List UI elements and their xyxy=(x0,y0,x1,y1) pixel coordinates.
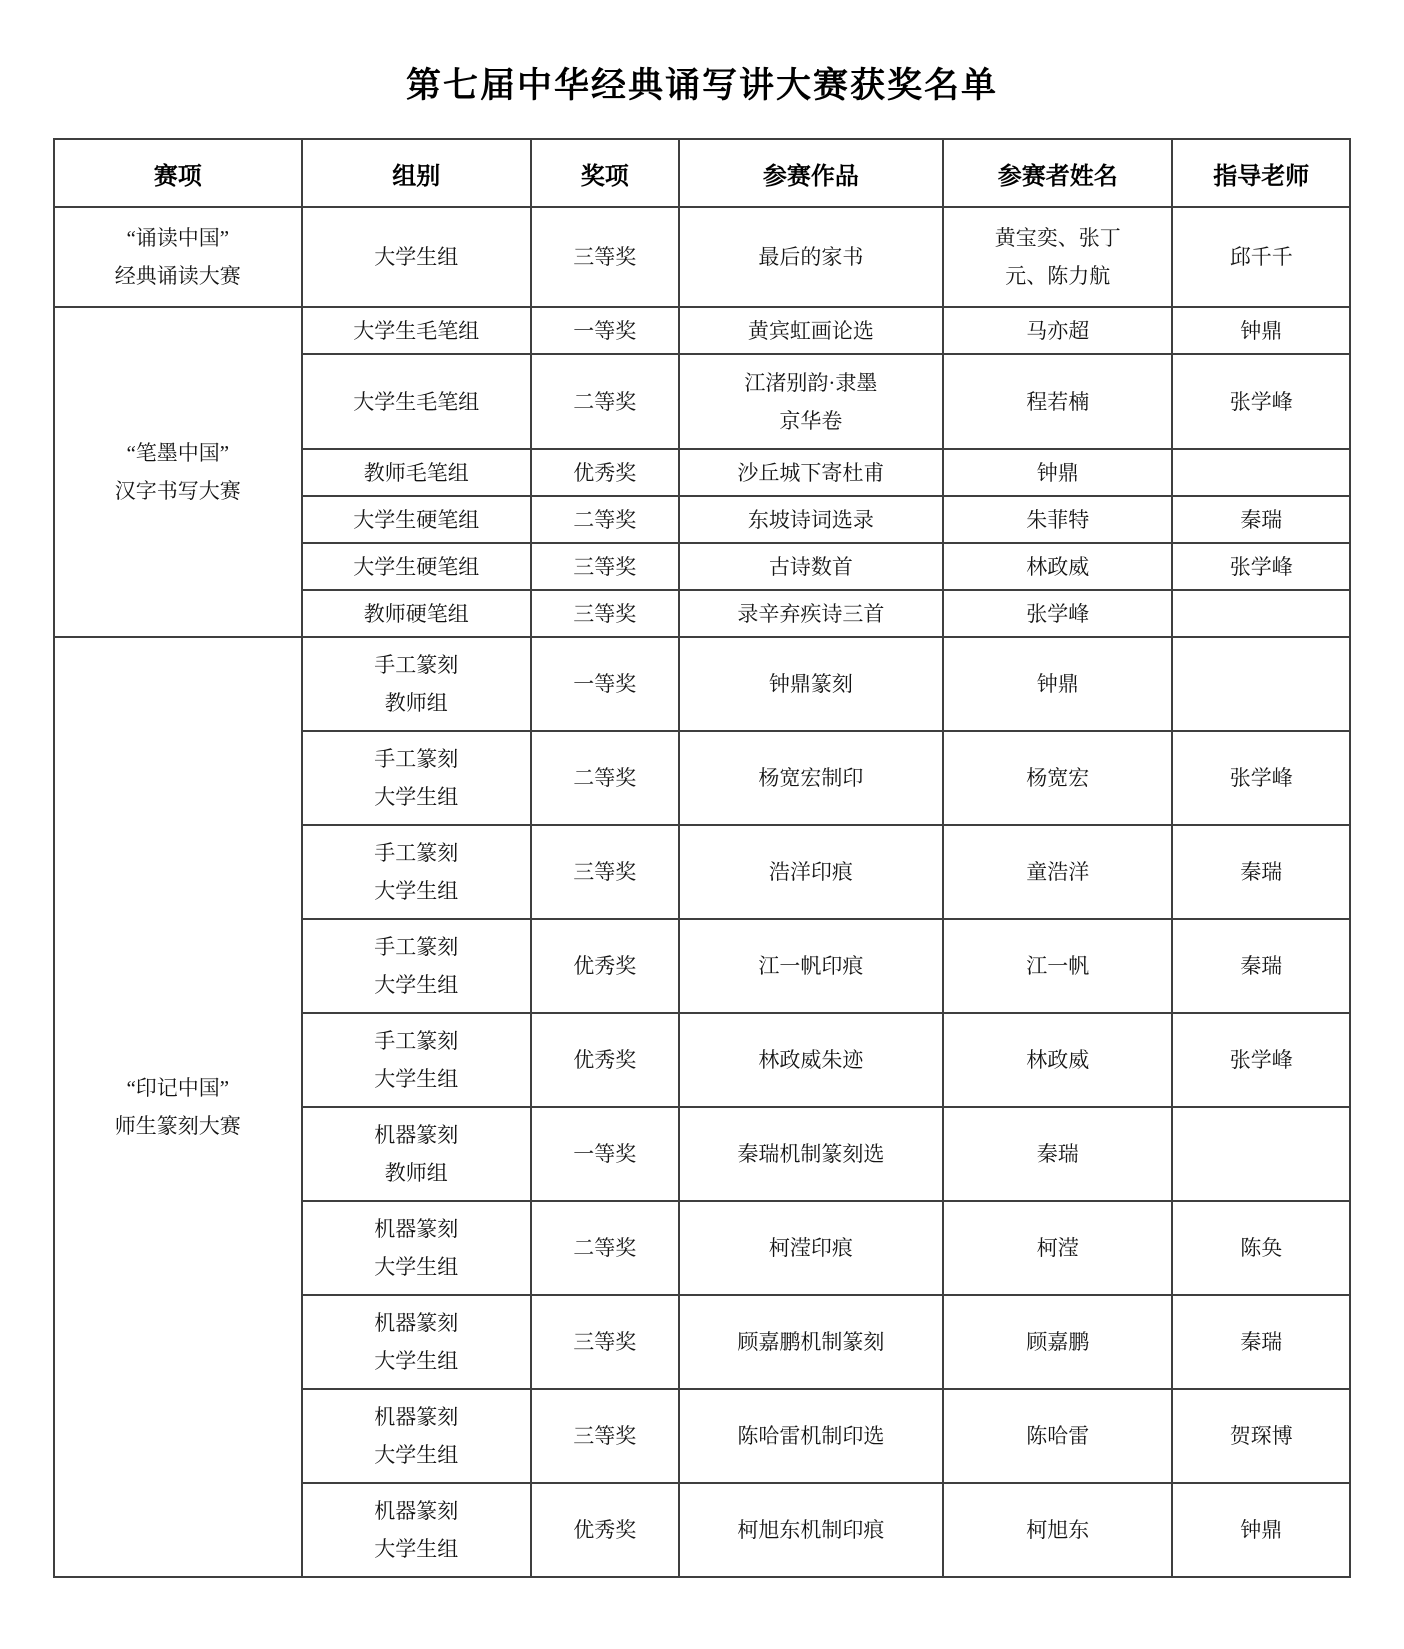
work-cell: 黄宾虹画论选 xyxy=(679,307,943,354)
group-cell: 大学生组 xyxy=(302,207,531,307)
award-cell: 三等奖 xyxy=(531,825,679,919)
participants-cell: 童浩洋 xyxy=(943,825,1172,919)
teacher-cell xyxy=(1172,637,1350,731)
work-cell: 古诗数首 xyxy=(679,543,943,590)
participants-cell: 马亦超 xyxy=(943,307,1172,354)
group-cell: 手工篆刻 大学生组 xyxy=(302,1013,531,1107)
teacher-cell: 钟鼎 xyxy=(1172,307,1350,354)
work-cell: 沙丘城下寄杜甫 xyxy=(679,449,943,496)
participants-cell: 杨宽宏 xyxy=(943,731,1172,825)
group-cell: 机器篆刻 大学生组 xyxy=(302,1389,531,1483)
teacher-cell xyxy=(1172,449,1350,496)
participants-cell: 林政威 xyxy=(943,543,1172,590)
header-participant: 参赛者姓名 xyxy=(943,139,1172,207)
group-cell: 教师毛笔组 xyxy=(302,449,531,496)
header-group: 组别 xyxy=(302,139,531,207)
award-cell: 优秀奖 xyxy=(531,449,679,496)
participants-cell: 秦瑞 xyxy=(943,1107,1172,1201)
work-cell: 秦瑞机制篆刻选 xyxy=(679,1107,943,1201)
award-cell: 二等奖 xyxy=(531,496,679,543)
award-cell: 三等奖 xyxy=(531,1295,679,1389)
award-cell: 一等奖 xyxy=(531,307,679,354)
table-row: “笔墨中国” 汉字书写大赛 大学生毛笔组 一等奖 黄宾虹画论选 马亦超 钟鼎 xyxy=(54,307,1350,354)
participants-cell: 钟鼎 xyxy=(943,637,1172,731)
group-cell: 手工篆刻 大学生组 xyxy=(302,825,531,919)
award-cell: 优秀奖 xyxy=(531,919,679,1013)
award-cell: 一等奖 xyxy=(531,637,679,731)
awards-table: 赛项 组别 奖项 参赛作品 参赛者姓名 指导老师 “诵读中国” 经典诵读大赛 大… xyxy=(53,138,1351,1578)
participants-cell: 钟鼎 xyxy=(943,449,1172,496)
work-cell: 最后的家书 xyxy=(679,207,943,307)
document-page: 第七届中华经典诵写讲大赛获奖名单 赛项 组别 奖项 参赛作品 参赛者姓名 指导老… xyxy=(0,0,1404,1649)
header-award: 奖项 xyxy=(531,139,679,207)
award-cell: 三等奖 xyxy=(531,590,679,637)
table-header-row: 赛项 组别 奖项 参赛作品 参赛者姓名 指导老师 xyxy=(54,139,1350,207)
table-row: “印记中国” 师生篆刻大赛 手工篆刻 教师组 一等奖 钟鼎篆刻 钟鼎 xyxy=(54,637,1350,731)
teacher-cell xyxy=(1172,590,1350,637)
teacher-cell: 张学峰 xyxy=(1172,543,1350,590)
teacher-cell: 陈奂 xyxy=(1172,1201,1350,1295)
group-cell: 大学生毛笔组 xyxy=(302,354,531,449)
group-cell: 大学生硬笔组 xyxy=(302,543,531,590)
teacher-cell: 张学峰 xyxy=(1172,354,1350,449)
teacher-cell: 秦瑞 xyxy=(1172,825,1350,919)
award-cell: 二等奖 xyxy=(531,354,679,449)
work-cell: 柯旭东机制印痕 xyxy=(679,1483,943,1577)
teacher-cell: 秦瑞 xyxy=(1172,1295,1350,1389)
work-cell: 林政威朱迹 xyxy=(679,1013,943,1107)
header-competition: 赛项 xyxy=(54,139,302,207)
work-cell: 钟鼎篆刻 xyxy=(679,637,943,731)
work-cell: 东坡诗词选录 xyxy=(679,496,943,543)
award-cell: 一等奖 xyxy=(531,1107,679,1201)
participants-cell: 顾嘉鹏 xyxy=(943,1295,1172,1389)
work-cell: 江渚别韵·隶墨 京华卷 xyxy=(679,354,943,449)
group-cell: 机器篆刻 大学生组 xyxy=(302,1295,531,1389)
table-row: “诵读中国” 经典诵读大赛 大学生组 三等奖 最后的家书 黄宝奕、张丁 元、陈力… xyxy=(54,207,1350,307)
section-name-cell: “印记中国” 师生篆刻大赛 xyxy=(54,637,302,1577)
work-cell: 顾嘉鹏机制篆刻 xyxy=(679,1295,943,1389)
group-cell: 教师硬笔组 xyxy=(302,590,531,637)
award-cell: 优秀奖 xyxy=(531,1483,679,1577)
participants-cell: 程若楠 xyxy=(943,354,1172,449)
page-title: 第七届中华经典诵写讲大赛获奖名单 xyxy=(0,58,1404,108)
group-cell: 大学生硬笔组 xyxy=(302,496,531,543)
award-cell: 二等奖 xyxy=(531,1201,679,1295)
participants-cell: 林政威 xyxy=(943,1013,1172,1107)
group-cell: 机器篆刻 大学生组 xyxy=(302,1483,531,1577)
participants-cell: 朱菲特 xyxy=(943,496,1172,543)
teacher-cell: 秦瑞 xyxy=(1172,496,1350,543)
teacher-cell: 贺琛博 xyxy=(1172,1389,1350,1483)
group-cell: 机器篆刻 教师组 xyxy=(302,1107,531,1201)
award-cell: 三等奖 xyxy=(531,1389,679,1483)
teacher-cell: 张学峰 xyxy=(1172,731,1350,825)
group-cell: 手工篆刻 大学生组 xyxy=(302,919,531,1013)
header-teacher: 指导老师 xyxy=(1172,139,1350,207)
work-cell: 浩洋印痕 xyxy=(679,825,943,919)
work-cell: 江一帆印痕 xyxy=(679,919,943,1013)
teacher-cell: 钟鼎 xyxy=(1172,1483,1350,1577)
work-cell: 录辛弃疾诗三首 xyxy=(679,590,943,637)
participants-cell: 黄宝奕、张丁 元、陈力航 xyxy=(943,207,1172,307)
award-cell: 二等奖 xyxy=(531,731,679,825)
award-cell: 三等奖 xyxy=(531,207,679,307)
participants-cell: 柯旭东 xyxy=(943,1483,1172,1577)
award-cell: 三等奖 xyxy=(531,543,679,590)
group-cell: 大学生毛笔组 xyxy=(302,307,531,354)
group-cell: 手工篆刻 大学生组 xyxy=(302,731,531,825)
section-name-cell: “笔墨中国” 汉字书写大赛 xyxy=(54,307,302,637)
header-work: 参赛作品 xyxy=(679,139,943,207)
section-name-cell: “诵读中国” 经典诵读大赛 xyxy=(54,207,302,307)
participants-cell: 柯滢 xyxy=(943,1201,1172,1295)
teacher-cell: 秦瑞 xyxy=(1172,919,1350,1013)
participants-cell: 江一帆 xyxy=(943,919,1172,1013)
award-cell: 优秀奖 xyxy=(531,1013,679,1107)
teacher-cell: 张学峰 xyxy=(1172,1013,1350,1107)
work-cell: 柯滢印痕 xyxy=(679,1201,943,1295)
group-cell: 机器篆刻 大学生组 xyxy=(302,1201,531,1295)
participants-cell: 张学峰 xyxy=(943,590,1172,637)
work-cell: 陈哈雷机制印选 xyxy=(679,1389,943,1483)
work-cell: 杨宽宏制印 xyxy=(679,731,943,825)
participants-cell: 陈哈雷 xyxy=(943,1389,1172,1483)
teacher-cell: 邱千千 xyxy=(1172,207,1350,307)
teacher-cell xyxy=(1172,1107,1350,1201)
group-cell: 手工篆刻 教师组 xyxy=(302,637,531,731)
